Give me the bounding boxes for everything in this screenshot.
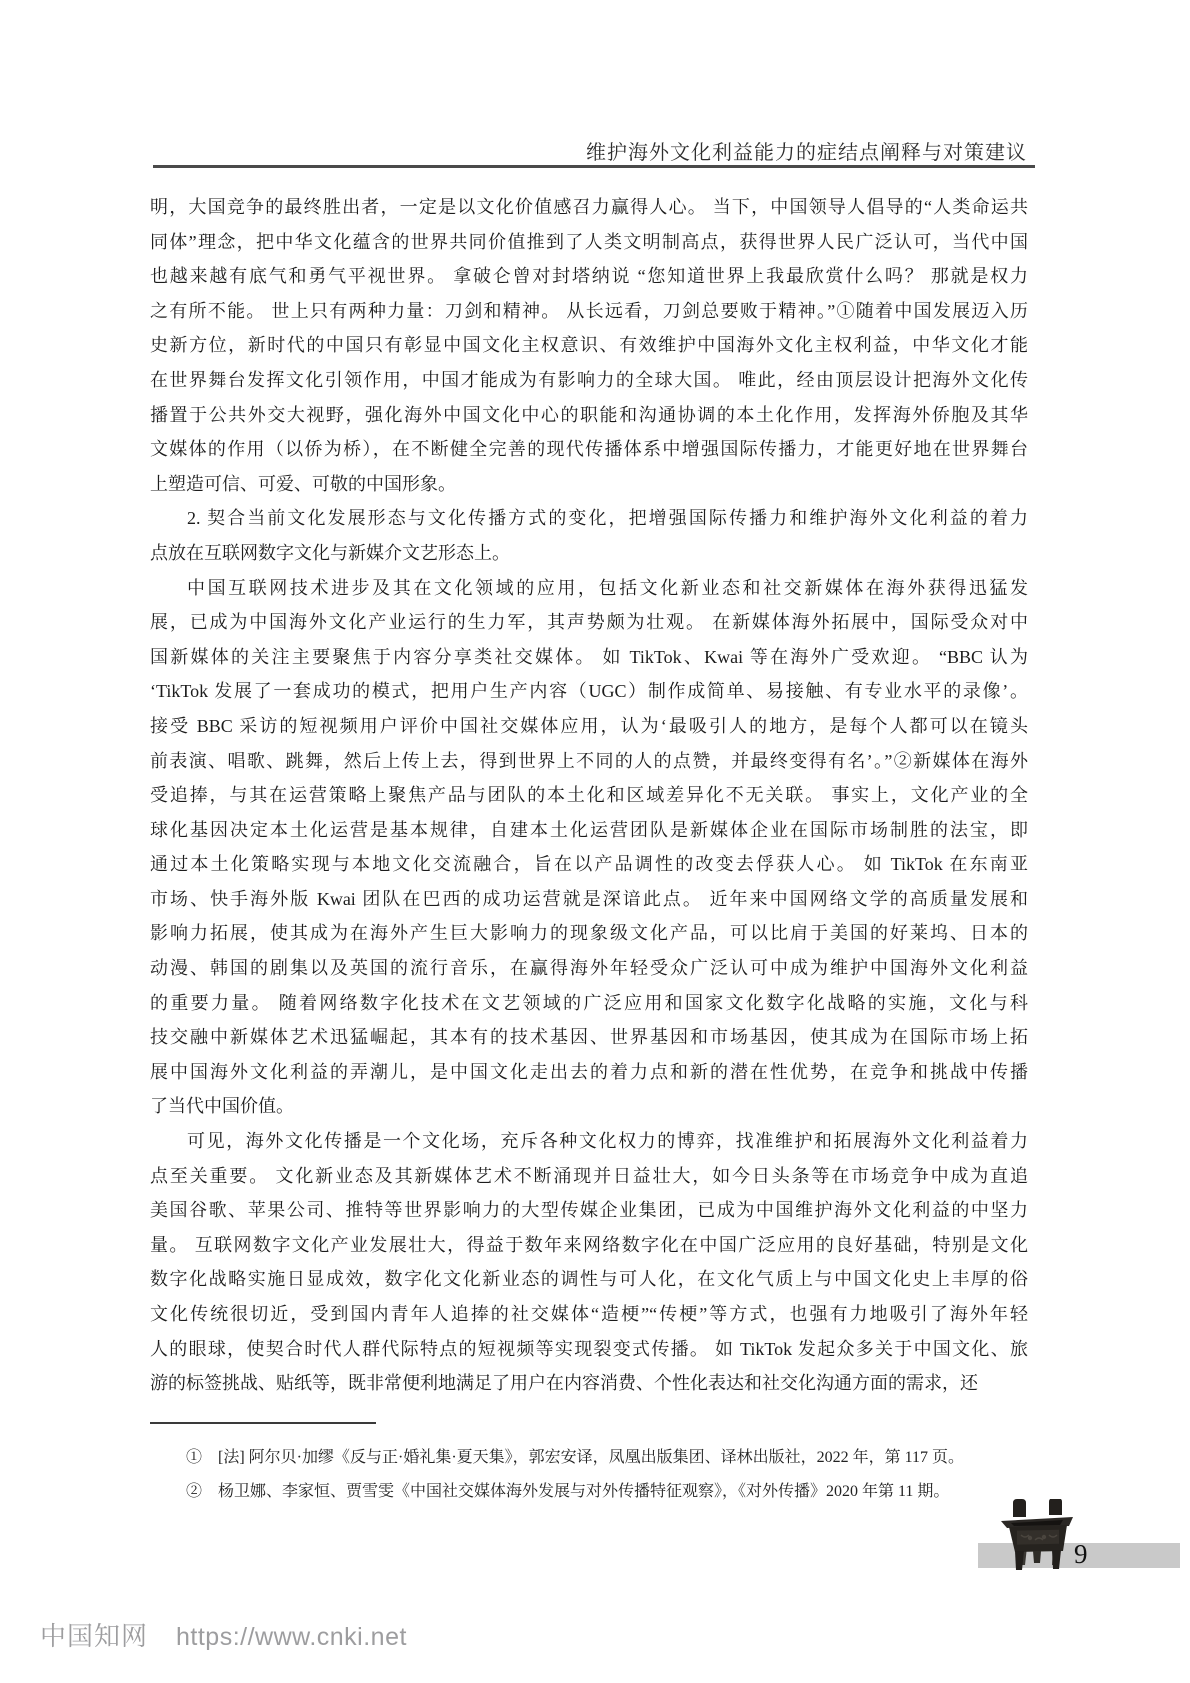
cnki-watermark: 中国知网 https://www.cnki.net bbox=[40, 1616, 407, 1653]
body-line: 接受 BBC 采访的短视频用户评价中国社交媒体应用，认为‘最吸引人的地方，是每个… bbox=[150, 709, 1028, 744]
body-line: 影响力拓展，使其成为在海外产生巨大影响力的现象级文化产品，可以比肩于美国的好莱坞… bbox=[150, 916, 1028, 951]
body-line: 游的标签挑战、贴纸等，既非常便利地满足了用户在内容消费、个性化表达和社交化沟通方… bbox=[150, 1366, 1028, 1401]
body-line: 中国互联网技术进步及其在文化领域的应用，包括文化新业态和社交新媒体在海外获得迅猛… bbox=[150, 571, 1028, 606]
body-line: 史新方位，新时代的中国只有彰显中国文化主权意识、有效维护中国海外文化主权利益，中… bbox=[150, 328, 1028, 363]
body-line: 市场、快手海外版 Kwai 团队在巴西的成功运营就是深谙此点。 近年来中国网络文… bbox=[150, 882, 1028, 917]
body-line: 在世界舞台发挥文化引领作用，中国才能成为有影响力的全球大国。 唯此，经由顶层设计… bbox=[150, 363, 1028, 398]
body-line: 播置于公共外交大视野，强化海外中国文化中心的职能和沟通协调的本土化作用，发挥海外… bbox=[150, 398, 1028, 433]
body-line: 展中国海外文化利益的弄潮儿，是中国文化走出去的着力点和新的潜在性优势，在竞争和挑… bbox=[150, 1055, 1028, 1090]
body-line: ‘TikTok 发展了一套成功的模式，把用户生产内容（UGC）制作成简单、易接触… bbox=[150, 674, 1028, 709]
footnote-item: ① [法] 阿尔贝·加缪《反与正·婚礼集·夏天集》，郭宏安译，凤凰出版集团、译林… bbox=[150, 1441, 1034, 1475]
cnki-logo-text: 中国知网 bbox=[40, 1616, 148, 1653]
body-line: 可见，海外文化传播是一个文化场，充斥各种文化权力的博弈，找准维护和拓展海外文化利… bbox=[150, 1124, 1028, 1159]
body-line: 文化传统很切近，受到国内青年人追捧的社交媒体“造梗”“传梗”等方式，也强有力地吸… bbox=[150, 1297, 1028, 1332]
body-line: 量。 互联网数字文化产业发展壮大，得益于数年来网络数字化在中国广泛应用的良好基础… bbox=[150, 1228, 1028, 1263]
body-line: 受追捧，与其在运营策略上聚焦产品与团队的本土化和区域差异化不无关联。 事实上，文… bbox=[150, 778, 1028, 813]
body-line: 点至关重要。 文化新业态及其新媒体艺术不断涌现并日益壮大，如今日头条等在市场竞争… bbox=[150, 1159, 1028, 1194]
body-line: 文媒体的作用（以侨为桥），在不断健全完善的现代传播体系中增强国际传播力，才能更好… bbox=[150, 432, 1028, 467]
body-line: 2. 契合当前文化发展形态与文化传播方式的变化，把增强国际传播力和维护海外文化利… bbox=[150, 501, 1028, 536]
body-line: 之有所不能。 世上只有两种力量：刀剑和精神。 从长远看，刀剑总要败于精神。”①随… bbox=[150, 294, 1028, 329]
bronze-ding-icon bbox=[997, 1499, 1077, 1571]
document-page: 维护海外文化利益能力的症结点阐释与对策建议 明，大国竞争的最终胜出者，一定是以文… bbox=[0, 0, 1190, 1683]
footnote-separator bbox=[150, 1422, 376, 1424]
body-line: 人的眼球，使契合时代人群代际特点的短视频等实现裂变式传播。 如 TikTok 发… bbox=[150, 1332, 1028, 1367]
article-body: 明，大国竞争的最终胜出者，一定是以文化价值感召力赢得人心。 当下，中国领导人倡导… bbox=[150, 190, 1028, 1401]
body-line: 展，已成为中国海外文化产业运行的生力军，其声势颇为壮观。 在新媒体海外拓展中，国… bbox=[150, 605, 1028, 640]
body-line: 了当代中国价值。 bbox=[150, 1089, 1028, 1124]
running-head-title: 维护海外文化利益能力的症结点阐释与对策建议 bbox=[586, 136, 1027, 165]
body-line: 也越来越有底气和勇气平视世界。 拿破仑曾对封塔纳说 “您知道世界上我最欣赏什么吗… bbox=[150, 259, 1028, 294]
body-line: 同体”理念，把中华文化蕴含的世界共同价值推到了人类文明制高点，获得世界人民广泛认… bbox=[150, 225, 1028, 260]
body-line: 上塑造可信、可爱、可敬的中国形象。 bbox=[150, 467, 1028, 502]
cnki-url: https://www.cnki.net bbox=[176, 1623, 407, 1652]
body-line: 动漫、韩国的剧集以及英国的流行音乐，在赢得海外年轻受众广泛认可中成为维护中国海外… bbox=[150, 951, 1028, 986]
body-line: 国新媒体的关注主要聚焦于内容分享类社交媒体。 如 TikTok、Kwai 等在海… bbox=[150, 640, 1028, 675]
body-line: 数字化战略实施日显成效，数字化文化新业态的调性与可人化，在文化气质上与中国文化史… bbox=[150, 1262, 1028, 1297]
body-line: 美国谷歌、苹果公司、推特等世界影响力的大型传媒企业集团，已成为中国维护海外文化利… bbox=[150, 1193, 1028, 1228]
body-line: 的重要力量。 随着网络数字化技术在文艺领域的广泛应用和国家文化数字化战略的实施，… bbox=[150, 986, 1028, 1021]
body-line: 技交融中新媒体艺术迅猛崛起，其本有的技术基因、世界基因和市场基因，使其成为在国际… bbox=[150, 1020, 1028, 1055]
body-line: 前表演、唱歌、跳舞，然后上传上去，得到世界上不同的人的点赞，并最终变得有名’。”… bbox=[150, 744, 1028, 779]
body-line: 点放在互联网数字文化与新媒介文艺形态上。 bbox=[150, 536, 1028, 571]
footnotes: ① [法] 阿尔贝·加缪《反与正·婚礼集·夏天集》，郭宏安译，凤凰出版集团、译林… bbox=[150, 1441, 1034, 1509]
header-rule bbox=[153, 165, 1035, 168]
footnote-item: ② 杨卫娜、李家恒、贾雪雯《中国社交媒体海外发展与对外传播特征观察》，《对外传播… bbox=[150, 1475, 1034, 1509]
body-line: 通过本土化策略实现与本地文化交流融合，旨在以产品调性的改变去俘获人心。 如 Ti… bbox=[150, 847, 1028, 882]
page-number: 9 bbox=[1074, 1539, 1088, 1569]
body-line: 明，大国竞争的最终胜出者，一定是以文化价值感召力赢得人心。 当下，中国领导人倡导… bbox=[150, 190, 1028, 225]
body-line: 球化基因决定本土化运营是基本规律，自建本土化运营团队是新媒体企业在国际市场制胜的… bbox=[150, 813, 1028, 848]
